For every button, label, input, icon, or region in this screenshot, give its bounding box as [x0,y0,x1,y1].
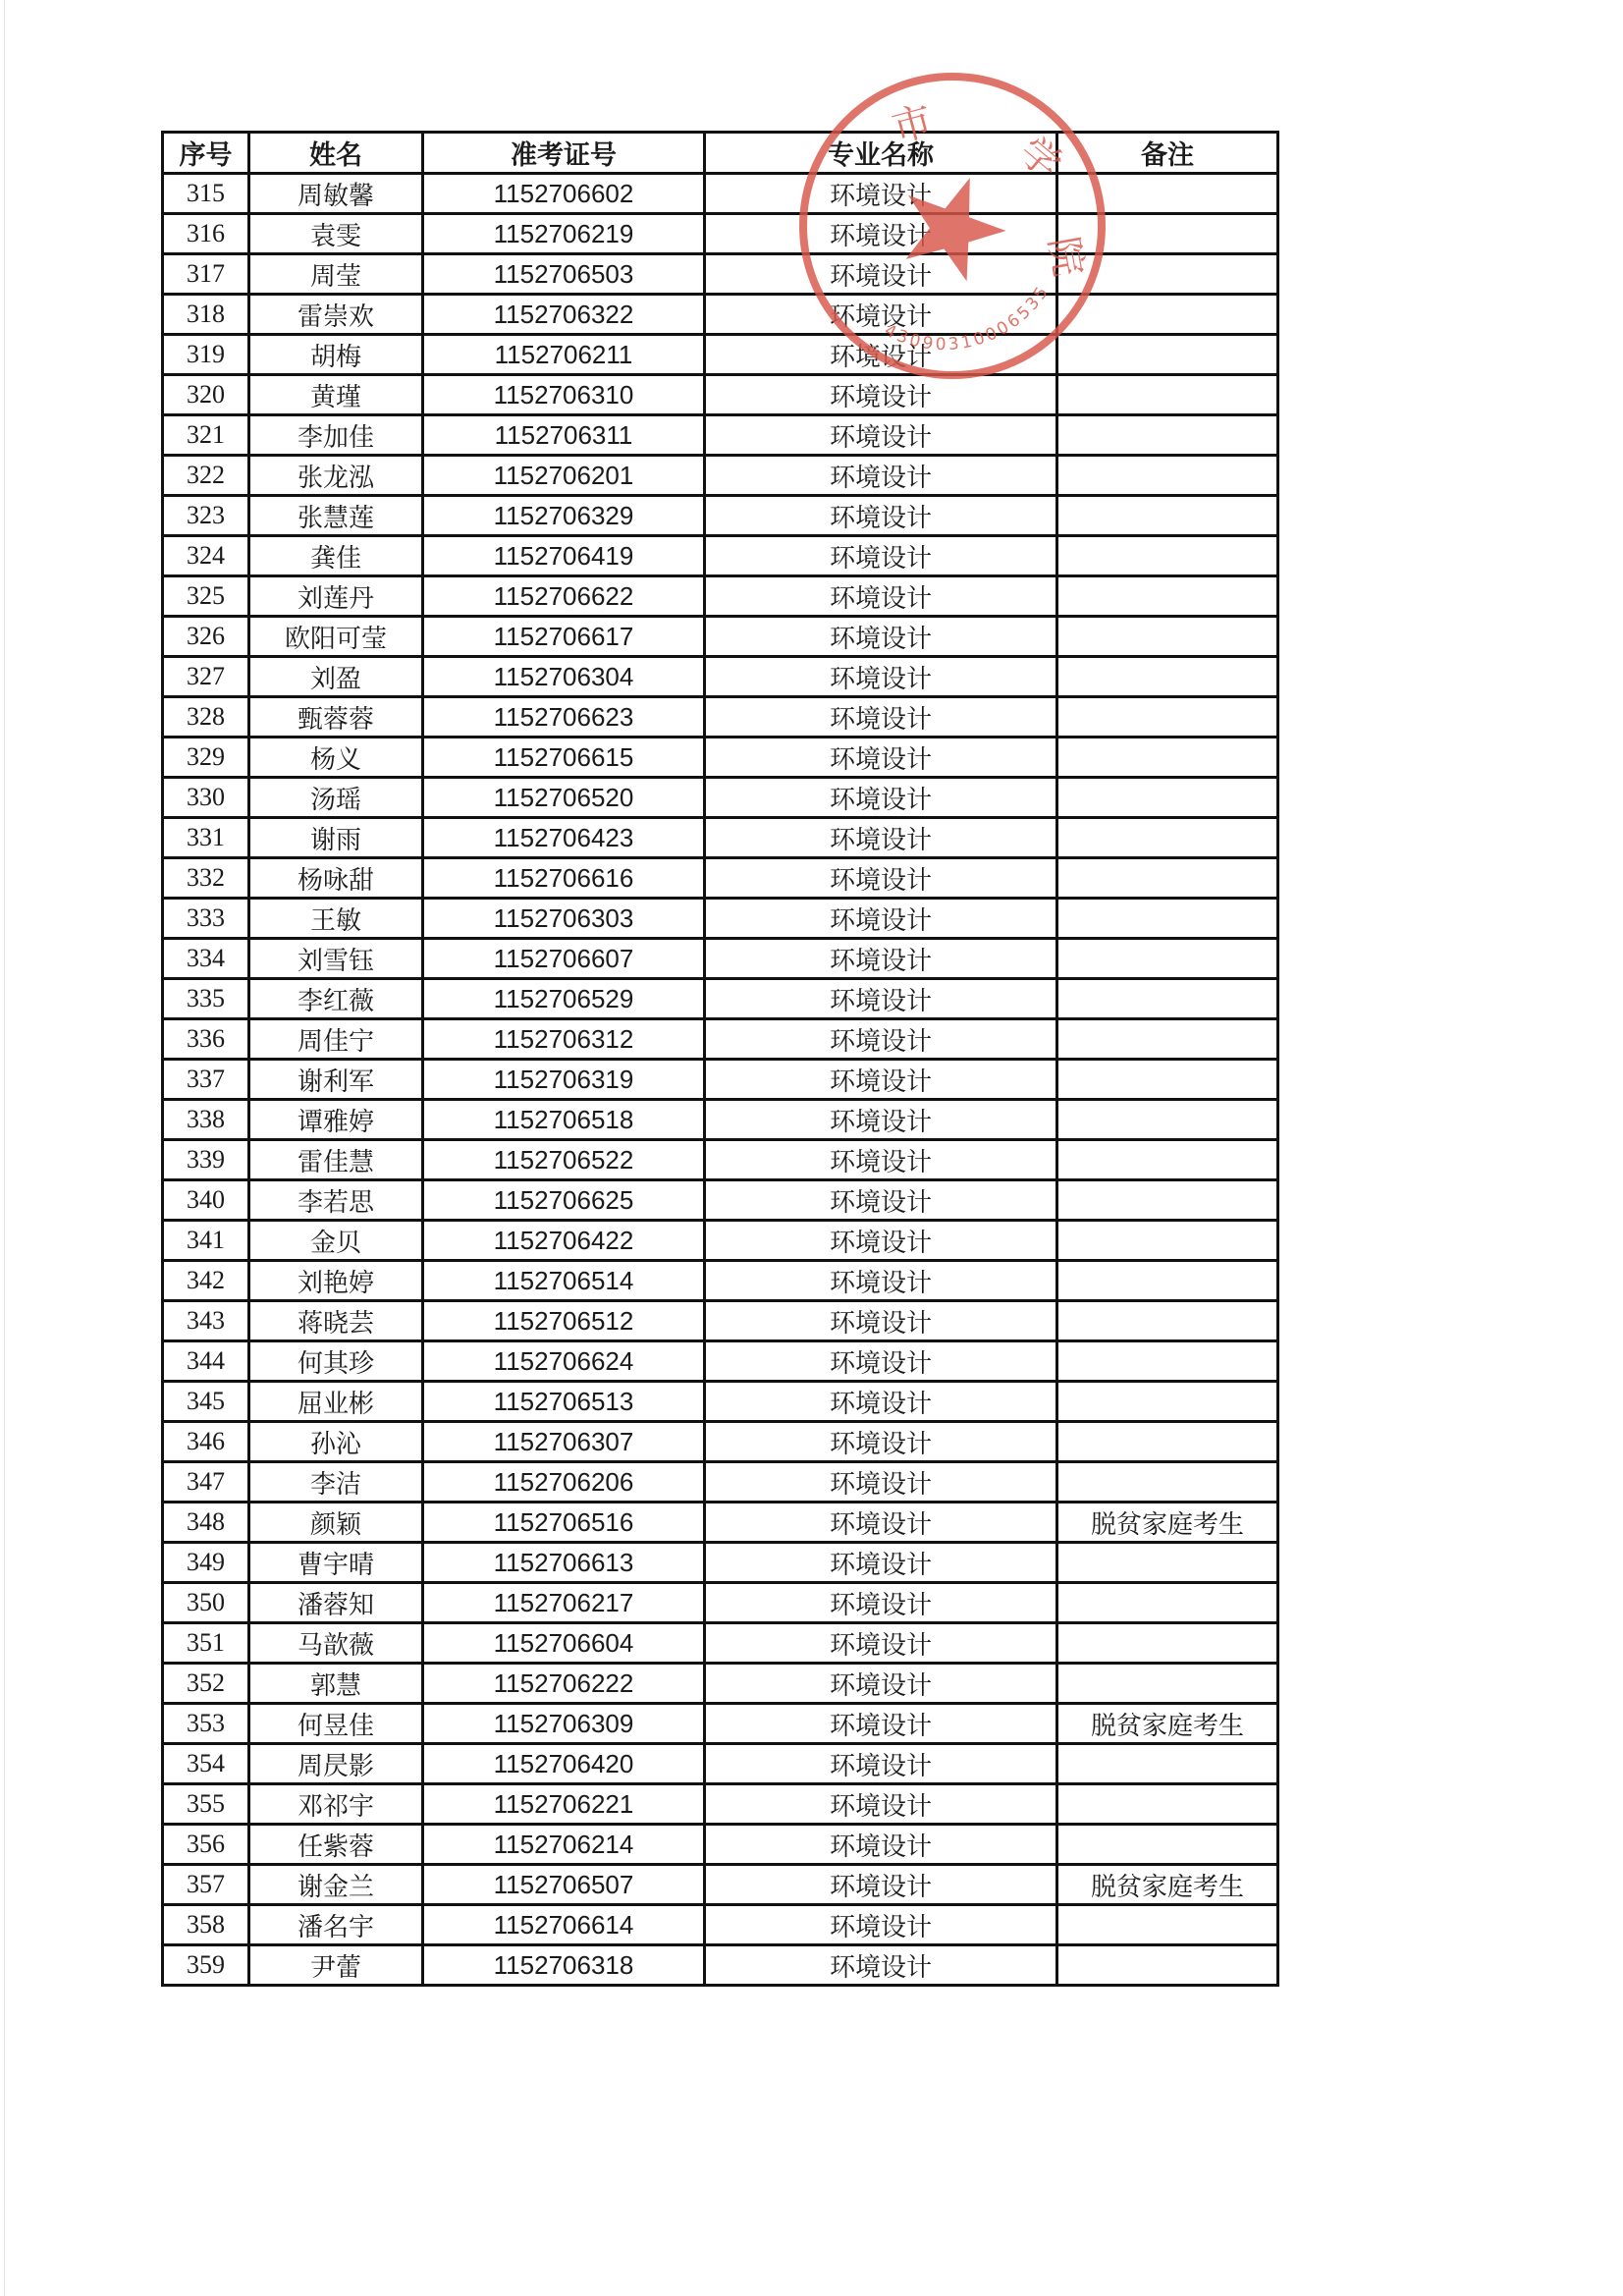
row-note [1057,778,1278,818]
row-major: 环境设计 [705,1664,1057,1704]
row-note [1057,1825,1278,1865]
row-exam-no: 1152706211 [423,335,705,375]
row-major: 环境设计 [705,738,1057,778]
row-exam-no: 1152706303 [423,899,705,939]
row-seq: 351 [163,1623,249,1664]
row-exam-no: 1152706310 [423,375,705,415]
table-row: 334刘雪钰1152706607环境设计 [163,939,1278,979]
row-major: 环境设计 [705,1784,1057,1825]
table-row: 349曹宇晴1152706613环境设计 [163,1543,1278,1583]
table-row: 329杨义1152706615环境设计 [163,738,1278,778]
row-note [1057,1341,1278,1382]
row-note [1057,496,1278,536]
row-name: 张龙泓 [249,456,423,496]
row-exam-no: 1152706206 [423,1462,705,1503]
row-seq: 317 [163,254,249,295]
row-seq: 354 [163,1744,249,1784]
row-seq: 341 [163,1221,249,1261]
row-major: 环境设计 [705,1462,1057,1503]
row-exam-no: 1152706312 [423,1019,705,1060]
row-exam-no: 1152706219 [423,214,705,254]
header-exam-no: 准考证号 [423,133,705,174]
row-major: 环境设计 [705,295,1057,335]
row-name: 李洁 [249,1462,423,1503]
table-row: 358潘名宇1152706614环境设计 [163,1905,1278,1945]
row-note [1057,536,1278,576]
row-major: 环境设计 [705,536,1057,576]
row-major: 环境设计 [705,1382,1057,1422]
row-seq: 315 [163,174,249,214]
table-row: 344何其珍1152706624环境设计 [163,1341,1278,1382]
row-note: 脱贫家庭考生 [1057,1865,1278,1905]
row-name: 周佳宁 [249,1019,423,1060]
table-row: 339雷佳慧1152706522环境设计 [163,1140,1278,1180]
table-row: 357谢金兰1152706507环境设计脱贫家庭考生 [163,1865,1278,1905]
row-name: 刘盈 [249,657,423,697]
row-seq: 316 [163,214,249,254]
row-seq: 320 [163,375,249,415]
row-exam-no: 1152706604 [423,1623,705,1664]
table-row: 327刘盈1152706304环境设计 [163,657,1278,697]
row-name: 潘蓉知 [249,1583,423,1623]
row-name: 金贝 [249,1221,423,1261]
row-seq: 350 [163,1583,249,1623]
row-name: 王敏 [249,899,423,939]
table-row: 345屈业彬1152706513环境设计 [163,1382,1278,1422]
row-exam-no: 1152706516 [423,1503,705,1543]
row-note [1057,1462,1278,1503]
row-seq: 332 [163,858,249,899]
row-major: 环境设计 [705,496,1057,536]
row-name: 尹蕾 [249,1945,423,1986]
row-name: 杨咏甜 [249,858,423,899]
row-major: 环境设计 [705,254,1057,295]
row-exam-no: 1152706529 [423,979,705,1019]
row-exam-no: 1152706624 [423,1341,705,1382]
row-major: 环境设计 [705,1503,1057,1543]
table-row: 331谢雨1152706423环境设计 [163,818,1278,858]
row-major: 环境设计 [705,1905,1057,1945]
row-note [1057,818,1278,858]
row-note [1057,456,1278,496]
row-note [1057,1744,1278,1784]
row-exam-no: 1152706318 [423,1945,705,1986]
row-note [1057,1945,1278,1986]
table-row: 355邓祁宇1152706221环境设计 [163,1784,1278,1825]
row-exam-no: 1152706322 [423,295,705,335]
row-major: 环境设计 [705,1140,1057,1180]
row-seq: 321 [163,415,249,456]
table-body: 315周敏馨1152706602环境设计316袁雯1152706219环境设计3… [163,174,1278,1986]
row-name: 何其珍 [249,1341,423,1382]
row-major: 环境设计 [705,1543,1057,1583]
table-row: 330汤瑶1152706520环境设计 [163,778,1278,818]
row-seq: 331 [163,818,249,858]
row-note [1057,1140,1278,1180]
row-major: 环境设计 [705,1060,1057,1100]
table-row: 347李洁1152706206环境设计 [163,1462,1278,1503]
row-major: 环境设计 [705,1825,1057,1865]
row-seq: 347 [163,1462,249,1503]
table-row: 353何昱佳1152706309环境设计脱贫家庭考生 [163,1704,1278,1744]
row-exam-no: 1152706513 [423,1382,705,1422]
row-name: 雷崇欢 [249,295,423,335]
table-row: 341金贝1152706422环境设计 [163,1221,1278,1261]
row-exam-no: 1152706304 [423,657,705,697]
row-exam-no: 1152706622 [423,576,705,617]
row-note [1057,375,1278,415]
table-row: 320黄瑾1152706310环境设计 [163,375,1278,415]
table-row: 343蒋晓芸1152706512环境设计 [163,1301,1278,1341]
header-major: 专业名称 [705,133,1057,174]
table-row: 315周敏馨1152706602环境设计 [163,174,1278,214]
row-name: 邓祁宇 [249,1784,423,1825]
row-exam-no: 1152706625 [423,1180,705,1221]
row-note [1057,1221,1278,1261]
row-name: 周昃影 [249,1744,423,1784]
row-major: 环境设计 [705,778,1057,818]
row-name: 曹宇晴 [249,1543,423,1583]
table-row: 333王敏1152706303环境设计 [163,899,1278,939]
row-seq: 326 [163,617,249,657]
row-exam-no: 1152706507 [423,1865,705,1905]
row-exam-no: 1152706602 [423,174,705,214]
row-name: 刘莲丹 [249,576,423,617]
table-row: 348颜颖1152706516环境设计脱贫家庭考生 [163,1503,1278,1543]
row-name: 谢雨 [249,818,423,858]
row-major: 环境设计 [705,375,1057,415]
table-row: 323张慧莲1152706329环境设计 [163,496,1278,536]
row-exam-no: 1152706614 [423,1905,705,1945]
row-note [1057,1382,1278,1422]
row-exam-no: 1152706518 [423,1100,705,1140]
table-row: 346孙沁1152706307环境设计 [163,1422,1278,1462]
row-exam-no: 1152706222 [423,1664,705,1704]
row-exam-no: 1152706613 [423,1543,705,1583]
row-seq: 355 [163,1784,249,1825]
row-note [1057,254,1278,295]
row-note [1057,335,1278,375]
row-name: 谭雅婷 [249,1100,423,1140]
row-name: 郭慧 [249,1664,423,1704]
row-note [1057,1543,1278,1583]
row-seq: 344 [163,1341,249,1382]
row-note [1057,174,1278,214]
row-note [1057,295,1278,335]
row-major: 环境设计 [705,335,1057,375]
row-name: 杨义 [249,738,423,778]
row-seq: 330 [163,778,249,818]
header-name: 姓名 [249,133,423,174]
row-exam-no: 1152706503 [423,254,705,295]
row-note [1057,1784,1278,1825]
table-row: 354周昃影1152706420环境设计 [163,1744,1278,1784]
row-major: 环境设计 [705,214,1057,254]
row-exam-no: 1152706221 [423,1784,705,1825]
row-major: 环境设计 [705,1019,1057,1060]
row-seq: 352 [163,1664,249,1704]
row-note [1057,415,1278,456]
row-seq: 324 [163,536,249,576]
page-edge [4,0,5,2296]
row-name: 刘雪钰 [249,939,423,979]
row-name: 蒋晓芸 [249,1301,423,1341]
row-exam-no: 1152706520 [423,778,705,818]
row-major: 环境设计 [705,1744,1057,1784]
row-name: 李红薇 [249,979,423,1019]
row-exam-no: 1152706201 [423,456,705,496]
row-seq: 345 [163,1382,249,1422]
table-row: 321李加佳1152706311环境设计 [163,415,1278,456]
row-seq: 340 [163,1180,249,1221]
table-row: 332杨咏甜1152706616环境设计 [163,858,1278,899]
table-row: 338谭雅婷1152706518环境设计 [163,1100,1278,1140]
row-seq: 325 [163,576,249,617]
row-note [1057,858,1278,899]
row-major: 环境设计 [705,1221,1057,1261]
table-row: 359尹蕾1152706318环境设计 [163,1945,1278,1986]
row-seq: 346 [163,1422,249,1462]
table-header-row: 序号 姓名 准考证号 专业名称 备注 [163,133,1278,174]
row-major: 环境设计 [705,456,1057,496]
row-major: 环境设计 [705,979,1057,1019]
row-name: 胡梅 [249,335,423,375]
row-major: 环境设计 [705,1704,1057,1744]
row-seq: 337 [163,1060,249,1100]
row-note [1057,1623,1278,1664]
row-note [1057,939,1278,979]
row-exam-no: 1152706607 [423,939,705,979]
row-name: 周莹 [249,254,423,295]
row-exam-no: 1152706214 [423,1825,705,1865]
row-name: 甄蓉蓉 [249,697,423,738]
row-major: 环境设计 [705,576,1057,617]
row-name: 颜颖 [249,1503,423,1543]
table-row: 351马歆薇1152706604环境设计 [163,1623,1278,1664]
row-major: 环境设计 [705,899,1057,939]
row-exam-no: 1152706422 [423,1221,705,1261]
table-row: 340李若思1152706625环境设计 [163,1180,1278,1221]
row-major: 环境设计 [705,1623,1057,1664]
row-note [1057,738,1278,778]
row-exam-no: 1152706514 [423,1261,705,1301]
row-note [1057,1019,1278,1060]
row-name: 马歆薇 [249,1623,423,1664]
row-name: 潘名宇 [249,1905,423,1945]
table-row: 317周莹1152706503环境设计 [163,254,1278,295]
row-name: 谢利军 [249,1060,423,1100]
row-note [1057,979,1278,1019]
row-major: 环境设计 [705,415,1057,456]
row-exam-no: 1152706329 [423,496,705,536]
row-name: 黄瑾 [249,375,423,415]
row-name: 孙沁 [249,1422,423,1462]
row-major: 环境设计 [705,1422,1057,1462]
row-note [1057,1180,1278,1221]
row-seq: 335 [163,979,249,1019]
table-row: 342刘艳婷1152706514环境设计 [163,1261,1278,1301]
row-major: 环境设计 [705,657,1057,697]
row-exam-no: 1152706420 [423,1744,705,1784]
row-major: 环境设计 [705,858,1057,899]
header-note: 备注 [1057,133,1278,174]
row-major: 环境设计 [705,1865,1057,1905]
row-major: 环境设计 [705,818,1057,858]
row-name: 袁雯 [249,214,423,254]
row-note [1057,1261,1278,1301]
row-seq: 357 [163,1865,249,1905]
row-major: 环境设计 [705,1341,1057,1382]
row-exam-no: 1152706319 [423,1060,705,1100]
row-note [1057,214,1278,254]
row-note [1057,1664,1278,1704]
row-seq: 339 [163,1140,249,1180]
row-seq: 358 [163,1905,249,1945]
table-row: 328甄蓉蓉1152706623环境设计 [163,697,1278,738]
row-note: 脱贫家庭考生 [1057,1503,1278,1543]
row-exam-no: 1152706522 [423,1140,705,1180]
row-seq: 319 [163,335,249,375]
row-seq: 328 [163,697,249,738]
row-seq: 359 [163,1945,249,1986]
row-exam-no: 1152706307 [423,1422,705,1462]
table-row: 319胡梅1152706211环境设计 [163,335,1278,375]
row-seq: 334 [163,939,249,979]
table-row: 335李红薇1152706529环境设计 [163,979,1278,1019]
row-note [1057,617,1278,657]
row-note: 脱贫家庭考生 [1057,1704,1278,1744]
row-major: 环境设计 [705,617,1057,657]
row-seq: 343 [163,1301,249,1341]
row-seq: 342 [163,1261,249,1301]
table-row: 350潘蓉知1152706217环境设计 [163,1583,1278,1623]
row-seq: 338 [163,1100,249,1140]
row-exam-no: 1152706419 [423,536,705,576]
row-seq: 356 [163,1825,249,1865]
row-major: 环境设计 [705,1945,1057,1986]
row-seq: 353 [163,1704,249,1744]
row-seq: 348 [163,1503,249,1543]
table-row: 352郭慧1152706222环境设计 [163,1664,1278,1704]
row-note [1057,1905,1278,1945]
row-note [1057,1583,1278,1623]
row-major: 环境设计 [705,1180,1057,1221]
row-name: 李加佳 [249,415,423,456]
row-major: 环境设计 [705,1301,1057,1341]
row-name: 谢金兰 [249,1865,423,1905]
row-exam-no: 1152706617 [423,617,705,657]
row-major: 环境设计 [705,1583,1057,1623]
row-name: 龚佳 [249,536,423,576]
row-seq: 349 [163,1543,249,1583]
row-exam-no: 1152706309 [423,1704,705,1744]
row-major: 环境设计 [705,1100,1057,1140]
table-row: 337谢利军1152706319环境设计 [163,1060,1278,1100]
row-seq: 327 [163,657,249,697]
row-seq: 329 [163,738,249,778]
row-name: 刘艳婷 [249,1261,423,1301]
row-note [1057,697,1278,738]
row-note [1057,1100,1278,1140]
row-name: 何昱佳 [249,1704,423,1744]
row-name: 雷佳慧 [249,1140,423,1180]
table-row: 326欧阳可莹1152706617环境设计 [163,617,1278,657]
row-exam-no: 1152706217 [423,1583,705,1623]
row-note [1057,576,1278,617]
row-name: 李若思 [249,1180,423,1221]
row-name: 屈业彬 [249,1382,423,1422]
row-note [1057,657,1278,697]
table-row: 324龚佳1152706419环境设计 [163,536,1278,576]
row-seq: 333 [163,899,249,939]
row-major: 环境设计 [705,697,1057,738]
row-seq: 322 [163,456,249,496]
row-seq: 323 [163,496,249,536]
row-note [1057,1422,1278,1462]
row-note [1057,1060,1278,1100]
row-seq: 336 [163,1019,249,1060]
row-note [1057,899,1278,939]
row-exam-no: 1152706512 [423,1301,705,1341]
table-row: 318雷崇欢1152706322环境设计 [163,295,1278,335]
table-row: 322张龙泓1152706201环境设计 [163,456,1278,496]
row-exam-no: 1152706623 [423,697,705,738]
row-major: 环境设计 [705,174,1057,214]
table-row: 356任紫蓉1152706214环境设计 [163,1825,1278,1865]
row-major: 环境设计 [705,1261,1057,1301]
row-name: 张慧莲 [249,496,423,536]
row-name: 任紫蓉 [249,1825,423,1865]
row-exam-no: 1152706423 [423,818,705,858]
row-name: 周敏馨 [249,174,423,214]
row-note [1057,1301,1278,1341]
table-row: 316袁雯1152706219环境设计 [163,214,1278,254]
admission-roster-table: 序号 姓名 准考证号 专业名称 备注 315周敏馨1152706602环境设计3… [161,131,1279,1987]
row-exam-no: 1152706311 [423,415,705,456]
row-exam-no: 1152706615 [423,738,705,778]
row-major: 环境设计 [705,939,1057,979]
header-seq: 序号 [163,133,249,174]
table-row: 336周佳宁1152706312环境设计 [163,1019,1278,1060]
row-exam-no: 1152706616 [423,858,705,899]
table-row: 325刘莲丹1152706622环境设计 [163,576,1278,617]
row-seq: 318 [163,295,249,335]
row-name: 汤瑶 [249,778,423,818]
row-name: 欧阳可莹 [249,617,423,657]
